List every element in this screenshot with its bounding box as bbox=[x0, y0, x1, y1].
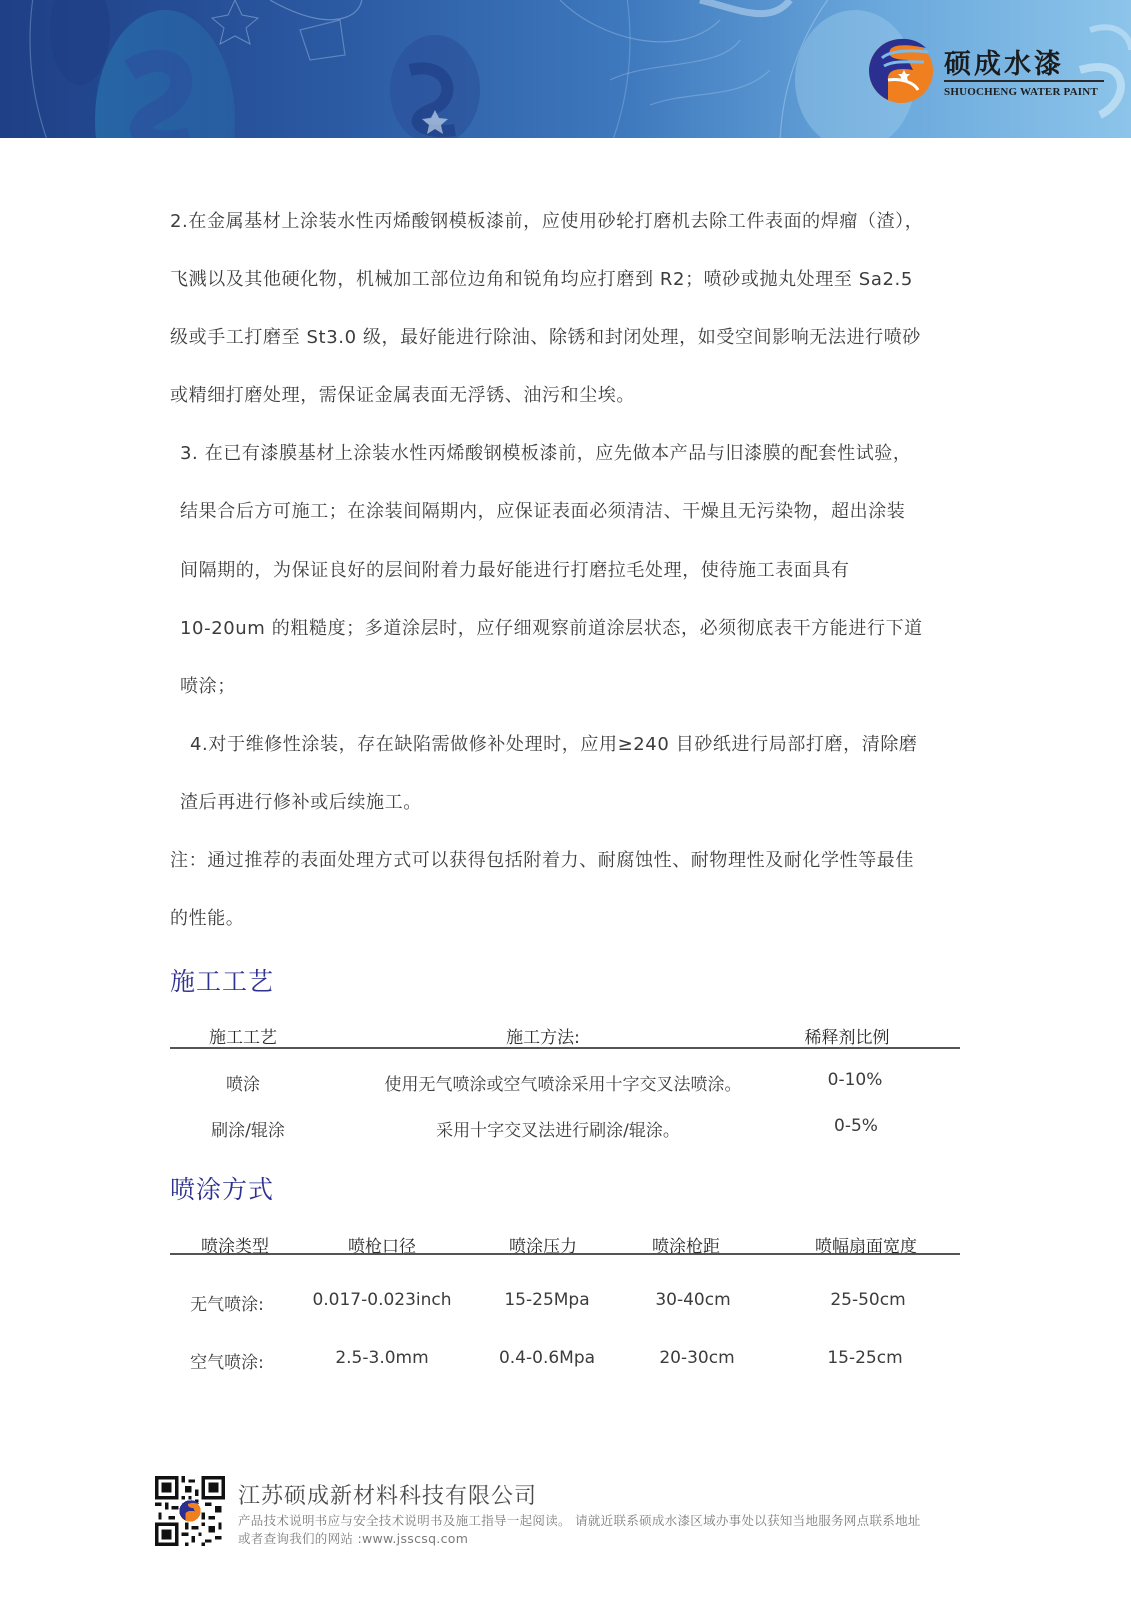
column-header: 施工方法: bbox=[506, 1023, 580, 1048]
table-cell: 空气喷涂: bbox=[190, 1348, 264, 1373]
table-cell: 采用十字交叉法进行刷涂/辊涂。 bbox=[436, 1116, 680, 1141]
paragraph-line: 喷涂； bbox=[180, 675, 236, 699]
section-title-application: 施工工艺 bbox=[170, 962, 274, 998]
table-cell: 30-40cm bbox=[655, 1290, 730, 1310]
logo-name-cn: 硕成水漆 bbox=[944, 42, 1064, 81]
table-cell: 0-5% bbox=[834, 1116, 878, 1136]
column-header: 施工工艺 bbox=[209, 1023, 277, 1048]
logo-name-en: SHUOCHENG WATER PAINT bbox=[944, 86, 1098, 98]
table-cell: 25-50cm bbox=[830, 1290, 905, 1310]
column-header: 稀释剂比例 bbox=[805, 1023, 890, 1048]
company-logo: 硕成水漆 SHUOCHENG WATER PAINT bbox=[868, 34, 1108, 108]
paragraph-line: 间隔期的，为保证良好的层间附着力最好能进行打磨拉毛处理，使待施工表面具有 bbox=[180, 559, 850, 583]
footer-website-line[interactable]: 或者查询我们的网站 :www.jsscsq.com bbox=[238, 1529, 468, 1547]
paragraph-line: 渣后再进行修补或后续施工。 bbox=[180, 791, 422, 815]
paragraph-line: 飞溅以及其他硬化物，机械加工部位边角和锐角均应打磨到 R2；喷砂或抛丸处理至 S… bbox=[170, 268, 913, 292]
paragraph-line: 3. 在已有漆膜基材上涂装水性丙烯酸钢模板漆前，应先做本产品与旧漆膜的配套性试验… bbox=[180, 442, 912, 466]
paragraph-line: 2.在金属基材上涂装水性丙烯酸钢模板漆前，应使用砂轮打磨机去除工件表面的焊瘤（渣… bbox=[170, 210, 923, 234]
paragraph-line: 级或手工打磨至 St3.0 级，最好能进行除油、除锈和封闭处理，如受空间影响无法… bbox=[170, 326, 921, 350]
paragraph-line: 结果合后方可施工；在涂装间隔期内，应保证表面必须清洁、干燥且无污染物，超出涂装 bbox=[180, 500, 905, 524]
table-header-rule bbox=[170, 1047, 960, 1049]
table-cell: 无气喷涂: bbox=[190, 1290, 264, 1315]
qr-code-icon[interactable] bbox=[155, 1476, 225, 1546]
table-header-rule bbox=[170, 1253, 960, 1255]
table-cell: 0.4-0.6Mpa bbox=[499, 1348, 595, 1368]
paragraph-line: 4.对于维修性涂装，存在缺陷需做修补处理时，应用≥240 目砂纸进行局部打磨，清… bbox=[190, 733, 918, 757]
spray-table: 喷涂类型 喷枪口径 喷涂压力 喷涂枪距 喷幅扇面宽度 无气喷涂: 0.017-0… bbox=[170, 1230, 960, 1380]
table-cell: 20-30cm bbox=[659, 1348, 734, 1368]
paragraph-line: 或精细打磨处理，需保证金属表面无浮锈、油污和尘埃。 bbox=[170, 384, 635, 408]
header-banner: 硕成水漆 SHUOCHENG WATER PAINT bbox=[0, 0, 1131, 138]
application-table: 施工工艺 施工方法: 稀释剂比例 喷涂 使用无气喷涂或空气喷涂采用十字交叉法喷涂… bbox=[170, 1020, 960, 1150]
note-line: 的性能。 bbox=[170, 907, 244, 931]
table-cell: 刷涂/辊涂 bbox=[211, 1116, 285, 1141]
section-title-spray: 喷涂方式 bbox=[170, 1170, 274, 1206]
footer-company-name: 江苏硕成新材料科技有限公司 bbox=[238, 1479, 537, 1510]
table-cell: 0-10% bbox=[828, 1070, 883, 1090]
logo-divider bbox=[944, 80, 1104, 82]
table-cell: 0.017-0.023inch bbox=[312, 1290, 451, 1310]
footer-note-line: 产品技术说明书应与安全技术说明书及施工指导一起阅读。 请就近联系硕成水漆区域办事… bbox=[238, 1511, 921, 1529]
table-cell: 15-25Mpa bbox=[504, 1290, 589, 1310]
table-cell: 喷涂 bbox=[226, 1070, 260, 1095]
shuocheng-logo-icon bbox=[868, 38, 934, 104]
note-line: 注：通过推荐的表面处理方式可以获得包括附着力、耐腐蚀性、耐物理性及耐化学性等最佳 bbox=[170, 849, 914, 873]
paragraph-line: 10-20um 的粗糙度；多道涂层时，应仔细观察前道涂层状态，必须彻底表干方能进… bbox=[180, 617, 923, 641]
table-cell: 2.5-3.0mm bbox=[335, 1348, 428, 1368]
table-cell: 使用无气喷涂或空气喷涂采用十字交叉法喷涂。 bbox=[385, 1070, 742, 1095]
table-cell: 15-25cm bbox=[827, 1348, 902, 1368]
